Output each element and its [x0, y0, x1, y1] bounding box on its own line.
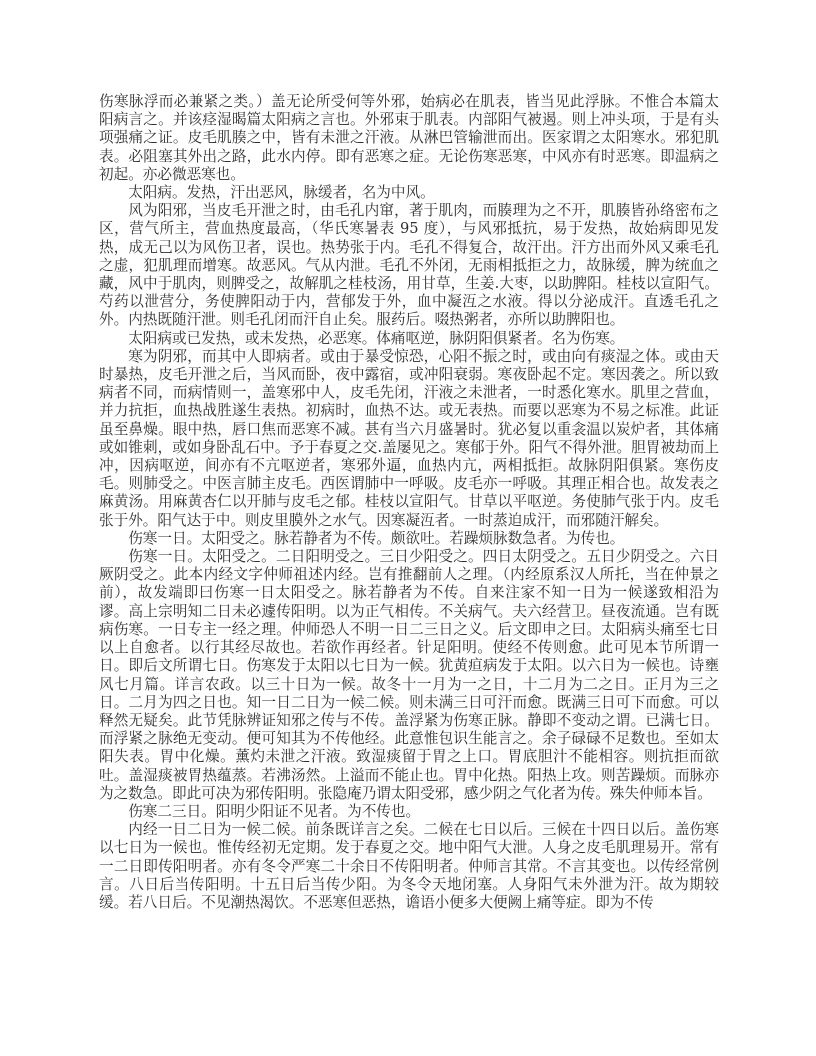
paragraph: 寒为阴邪，而其中人即病者。或由于暴受惊恐，心阳不振之时，或由向有痰湿之体。或由天… — [99, 348, 719, 530]
paragraph: 内经一日二日为一候二候。前条既详言之矣。二候在七日以后。三候在十四日以后。盖伤寒… — [99, 821, 719, 912]
document-page: 伤寒脉浮而必兼紧之类。）盖无论所受何等外邪，始病必在肌表，皆当见此浮脉。不惟合本… — [0, 0, 816, 1056]
paragraph: 伤寒脉浮而必兼紧之类。）盖无论所受何等外邪，始病必在肌表，皆当见此浮脉。不惟合本… — [99, 93, 719, 184]
paragraph: 太阳病或已发热，或未发热，必恶寒。体痛呕逆，脉阴阳俱紧者。名为伤寒。 — [99, 330, 719, 348]
paragraph: 伤寒二三日。阳明少阳证不见者。为不传也。 — [99, 803, 719, 821]
paragraph: 伤寒一日。太阳受之。脉若静者为不传。颇欲吐。若躁烦脉数急者。为传也。 — [99, 530, 719, 548]
paragraph: 伤寒一日。太阳受之。二日阳明受之。三日少阳受之。四日太阴受之。五日少阴受之。六日… — [99, 548, 719, 803]
text-block: 伤寒脉浮而必兼紧之类。）盖无论所受何等外邪，始病必在肌表，皆当见此浮脉。不惟合本… — [99, 93, 719, 912]
paragraph: 风为阳邪，当皮毛开泄之时，由毛孔内窜，著于肌肉，而腠理为之不开，肌腠皆孙络密布之… — [99, 202, 719, 329]
paragraph: 太阳病。发热，汗出恶风，脉缓者，名为中风。 — [99, 184, 719, 202]
